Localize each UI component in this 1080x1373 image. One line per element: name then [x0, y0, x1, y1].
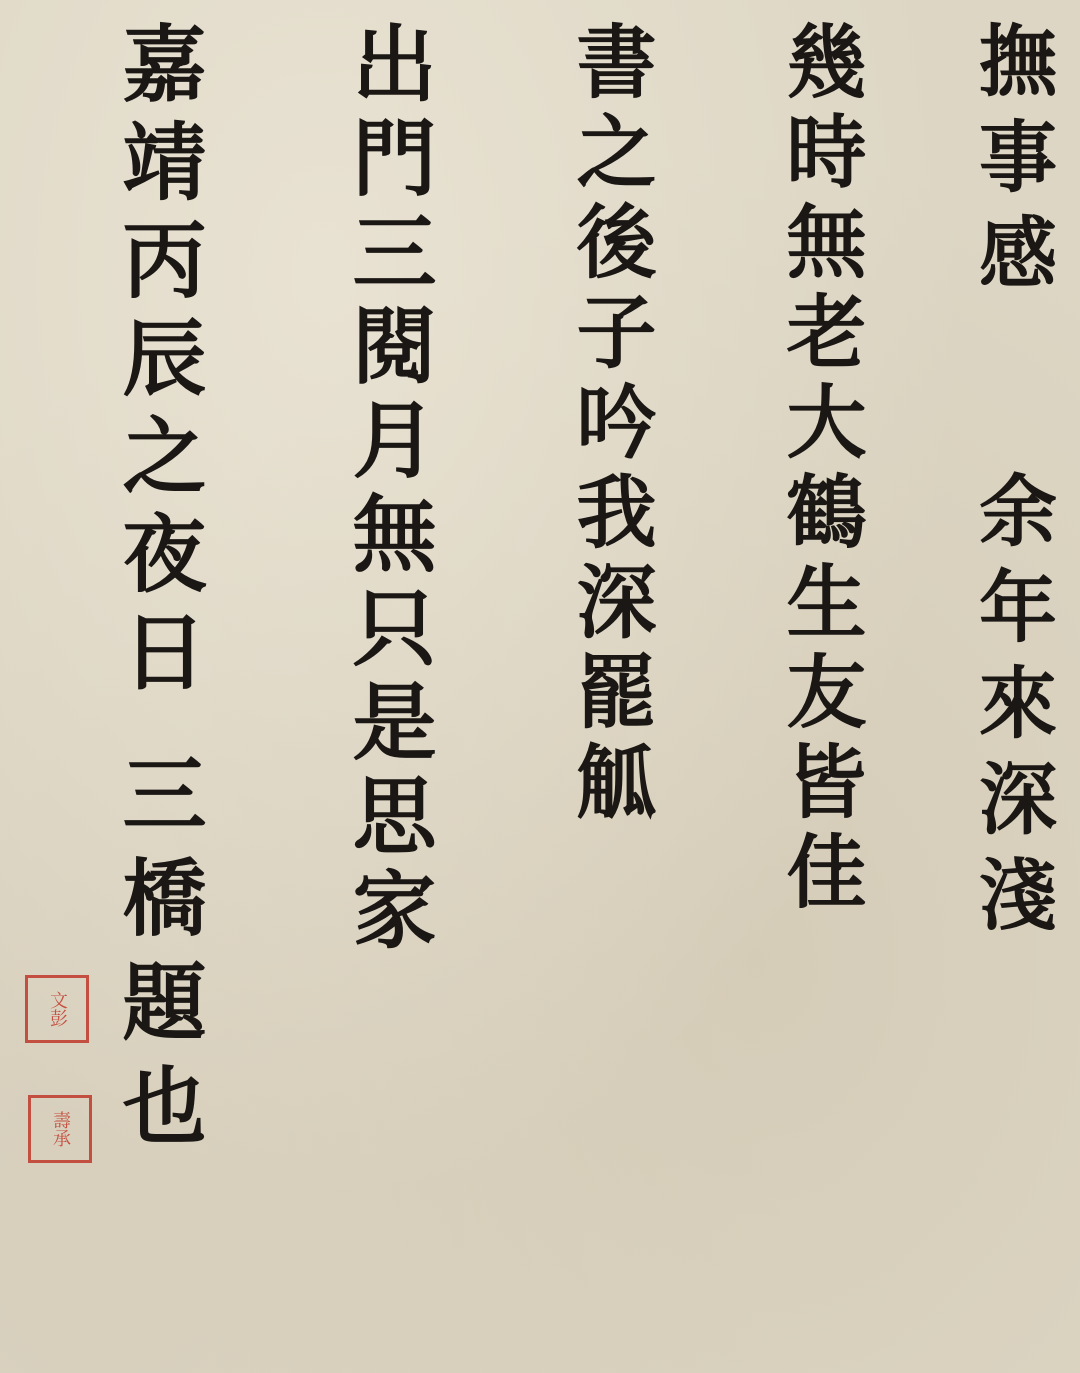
calligraphy-column-5: 嘉靖丙辰之夜日	[116, 20, 200, 706]
calligraphy-column-4: 出門三閱月無只是思家	[346, 20, 430, 960]
calligraphy-right-edge-column: 余年來深淺	[972, 470, 1050, 950]
signature-column: 三橋題也	[116, 750, 200, 1166]
calligraphy-column-1: 撫事感	[972, 20, 1050, 308]
calligraphy-column-3: 書之後子吟我深罷觚	[570, 20, 650, 830]
red-seal-2: 壽承	[28, 1095, 92, 1163]
calligraphy-column-2: 幾時無老大鶴生友皆佳	[780, 20, 860, 920]
calligraphy-paper: 撫事感 余年來深淺 幾時無老大鶴生友皆佳 書之後子吟我深罷觚 出門三閱月無只是思…	[0, 0, 1080, 1373]
red-seal-1: 文彭	[25, 975, 89, 1043]
